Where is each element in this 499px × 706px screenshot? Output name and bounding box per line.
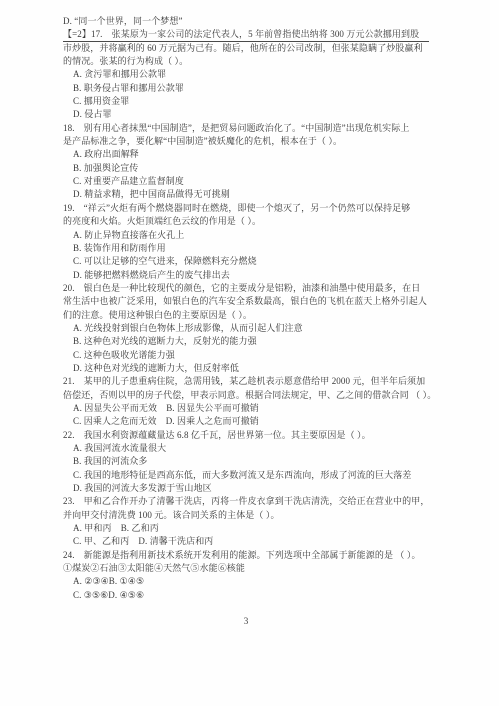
document-page: D. “同一个世界，同一个梦想”【=2】17. 张某原为一家公司的法定代表人，5… bbox=[0, 0, 499, 706]
text-line: 常生活中也被广泛采用，如银白色的汽车安全系数最高，银白色的飞机在蓝天上格外引起人 bbox=[63, 295, 429, 308]
text-line: D. 精益求精，把中国商品做得无可挑剔 bbox=[63, 188, 429, 201]
text-line: C. 我国的地形特征是西高东低，而大多数河流又是东西流向，形成了河流的巨大落差 bbox=[63, 469, 429, 482]
text-line: 23. 甲和乙合作开办了清馨干洗店，丙将一件皮衣拿到干洗店清洗，交给正在营业中的… bbox=[63, 495, 429, 508]
text-line: D. “同一个世界，同一个梦想” bbox=[63, 15, 429, 28]
text-line: A. 甲和丙 B. 乙和丙 bbox=[63, 522, 429, 535]
text-line: B. 这种色对光线的遮断力大，反射光的能力强 bbox=[63, 335, 429, 348]
text-line: A. 我国河流水流量很大 bbox=[63, 442, 429, 455]
text-line: 【=2】17. 张某原为一家公司的法定代表人，5 年前曾指使出纳将 300 万元… bbox=[63, 28, 429, 41]
text-line: 24. 新能源是指利用新技术系统开发利用的能源。下列选项中全部属于新能源的是 （… bbox=[63, 549, 429, 562]
text-line: B. 我国的河流众多 bbox=[63, 455, 429, 468]
text-line: ①煤炭②石油③太阳能④天然气⑤水能⑥核能 bbox=[63, 562, 429, 575]
text-line: 19. “祥云”火炬有两个燃烧器同时在燃烧，即使一个熄灭了，另一个仍然可以保持足… bbox=[63, 202, 429, 215]
text-line: D. 能够把燃料燃烧后产生的废气排出去 bbox=[63, 269, 429, 282]
text-line: A. 政府出面解释 bbox=[63, 148, 429, 161]
text-line: B. 职务侵占罪和挪用公款罪 bbox=[63, 82, 429, 95]
text-line: A. 因显失公平而无效 B. 因显失公平而可撤销 bbox=[63, 402, 429, 415]
text-line: D. 我国的河流大多发源于雪山地区 bbox=[63, 482, 429, 495]
question-text-block: D. “同一个世界，同一个梦想”【=2】17. 张某原为一家公司的法定代表人，5… bbox=[63, 15, 429, 602]
text-line: 的亮度和火焰。火炬顶端红色云纹的作用是（ ）。 bbox=[63, 215, 429, 228]
text-line: 市炒股，并将赢利的 60 万元据为己有。随后，他所在的公司改制，但张某隐瞒了炒股… bbox=[63, 42, 429, 55]
text-line: 的情况。张某的行为构成（ ）。 bbox=[63, 55, 429, 68]
text-line: 20. 银白色是一种比较现代的颜色，它的主要成分是铝粉，油漆和油墨中使用最多，在… bbox=[63, 282, 429, 295]
text-line: D. 侵占罪 bbox=[63, 108, 429, 121]
page-number: 3 bbox=[244, 617, 249, 627]
text-line: D. 这种色对光线的遮断力大，但反射率低 bbox=[63, 362, 429, 375]
text-line: C. 因乘人之危而无效 D. 因乘人之危而可撤销 bbox=[63, 415, 429, 428]
text-line: C. 甲、乙和丙 D. 清馨干洗店和丙 bbox=[63, 535, 429, 548]
text-line: A. 贪污罪和挪用公款罪 bbox=[63, 68, 429, 81]
text-line: 们的注意。使用这种银白色的主要原因是（ ）。 bbox=[63, 309, 429, 322]
text-line: 22. 我国水利资源蕴藏量达 6.8 亿千瓦，居世界第一位。其主要原因是（ ）。 bbox=[63, 429, 429, 442]
text-line: A. 防止异物直接落在火孔上 bbox=[63, 229, 429, 242]
text-line: C. ③⑤⑥D. ④⑤⑥ bbox=[63, 589, 429, 602]
text-line: C. 挪用资金罪 bbox=[63, 95, 429, 108]
text-line: B. 装饰作用和防雨作用 bbox=[63, 242, 429, 255]
text-line: B. 加强舆论宣传 bbox=[63, 162, 429, 175]
text-line: 并向甲交付清洗费 100 元。该合同关系的主体是（ ）。 bbox=[63, 509, 429, 522]
page-footer: 3 bbox=[63, 611, 429, 629]
text-line: 倍偿还，否则以甲的房子代偿，甲表示同意。根据合同法规定，甲、乙之间的借款合同 （… bbox=[63, 389, 429, 402]
text-line: A. ②③④B. ①④⑤ bbox=[63, 575, 429, 588]
text-line: 18. 别有用心者抹黑“中国制造”，是把贸易问题政治化了。“中国制造”出现危机实… bbox=[63, 122, 429, 135]
text-line: 21. 某甲的儿子患重病住院，急需用钱，某乙趁机表示愿意借给甲 2000 元，但… bbox=[63, 375, 429, 388]
text-line: 是产品标准之争，要化解“中国制造”被妖魔化的危机，根本在于（ ）。 bbox=[63, 135, 429, 148]
text-line: C. 可以让足够的空气进来，保障燃料充分燃烧 bbox=[63, 255, 429, 268]
text-line: C. 对重要产品建立监督制度 bbox=[63, 175, 429, 188]
text-line: A. 光线投射到银白色物体上形成影像，从而引起人们注意 bbox=[63, 322, 429, 335]
text-line: C. 这种色吸收光谱能力强 bbox=[63, 349, 429, 362]
